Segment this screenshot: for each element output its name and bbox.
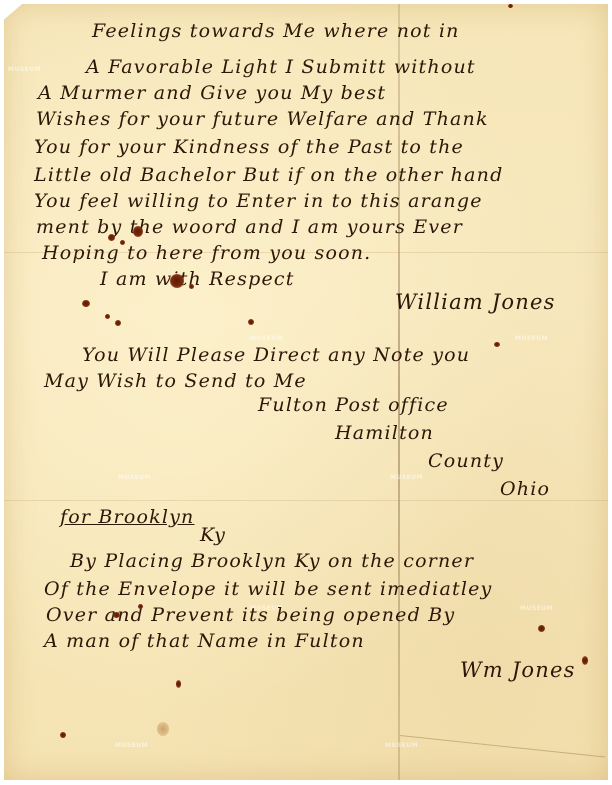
ink-stain [82, 300, 90, 307]
museum-watermark: MUSEUM [8, 66, 41, 73]
instruction-line: Over and Prevent its being opened By [46, 606, 455, 625]
museum-watermark: MUSEUM [118, 474, 151, 481]
final-signature: Wm Jones [460, 660, 576, 681]
ink-stain [508, 4, 513, 8]
museum-watermark: MUSEUM [385, 742, 418, 749]
instruction-line: Of the Envelope it will be sent imediatl… [44, 580, 492, 599]
ink-stain [108, 234, 115, 241]
ink-stain [113, 612, 120, 618]
letter-line: ment by the woord and I am yours Ever [36, 218, 463, 237]
letter-signature: William Jones [395, 292, 556, 313]
instruction-line: By Placing Brooklyn Ky on the corner [70, 552, 474, 571]
address-line: Fulton Post office [258, 396, 449, 415]
postscript-line: May Wish to Send to Me [44, 372, 307, 391]
museum-watermark: MUSEUM [250, 335, 283, 342]
ink-stain [538, 625, 545, 632]
ink-stain [138, 604, 143, 609]
forwarding-label: for Brooklyn [60, 508, 194, 527]
ink-stain [176, 680, 181, 688]
instruction-line: A man of that Name in Fulton [44, 632, 365, 651]
ink-stain [120, 240, 125, 245]
ink-stain [582, 656, 588, 665]
letter-line: Little old Bachelor But if on the other … [34, 166, 503, 185]
horizontal-fold-line [4, 500, 608, 501]
forwarding-state: Ky [200, 526, 226, 545]
letter-line: A Favorable Light I Submitt without [86, 58, 476, 77]
letter-line: Wishes for your future Welfare and Thank [36, 110, 489, 129]
letter-line: You for your Kindness of the Past to the [34, 138, 464, 157]
ink-stain [170, 274, 184, 288]
letter-line: You feel willing to Enter in to this ara… [34, 192, 483, 211]
water-stain [157, 722, 169, 736]
ink-stain [248, 319, 254, 325]
ink-stain [133, 226, 143, 237]
address-line: County [428, 452, 504, 471]
address-line: Hamilton [335, 424, 434, 443]
letter-line: Feelings towards Me where not in [92, 22, 460, 41]
letter-closing: I am with Respect [100, 270, 295, 289]
letter-line: Hoping to here from you soon. [42, 244, 371, 263]
museum-watermark: MUSEUM [515, 335, 548, 342]
address-line: Ohio [500, 480, 550, 499]
ink-stain [189, 284, 194, 289]
museum-watermark: MUSEUM [520, 605, 553, 612]
ink-stain [494, 342, 500, 347]
museum-watermark: MUSEUM [390, 474, 423, 481]
postscript-line: You Will Please Direct any Note you [82, 346, 470, 365]
letter-line: A Murmer and Give you My best [38, 84, 386, 103]
ink-stain [105, 314, 110, 319]
ink-stain [60, 732, 66, 738]
ink-stain [115, 320, 121, 326]
museum-watermark: MUSEUM [115, 742, 148, 749]
